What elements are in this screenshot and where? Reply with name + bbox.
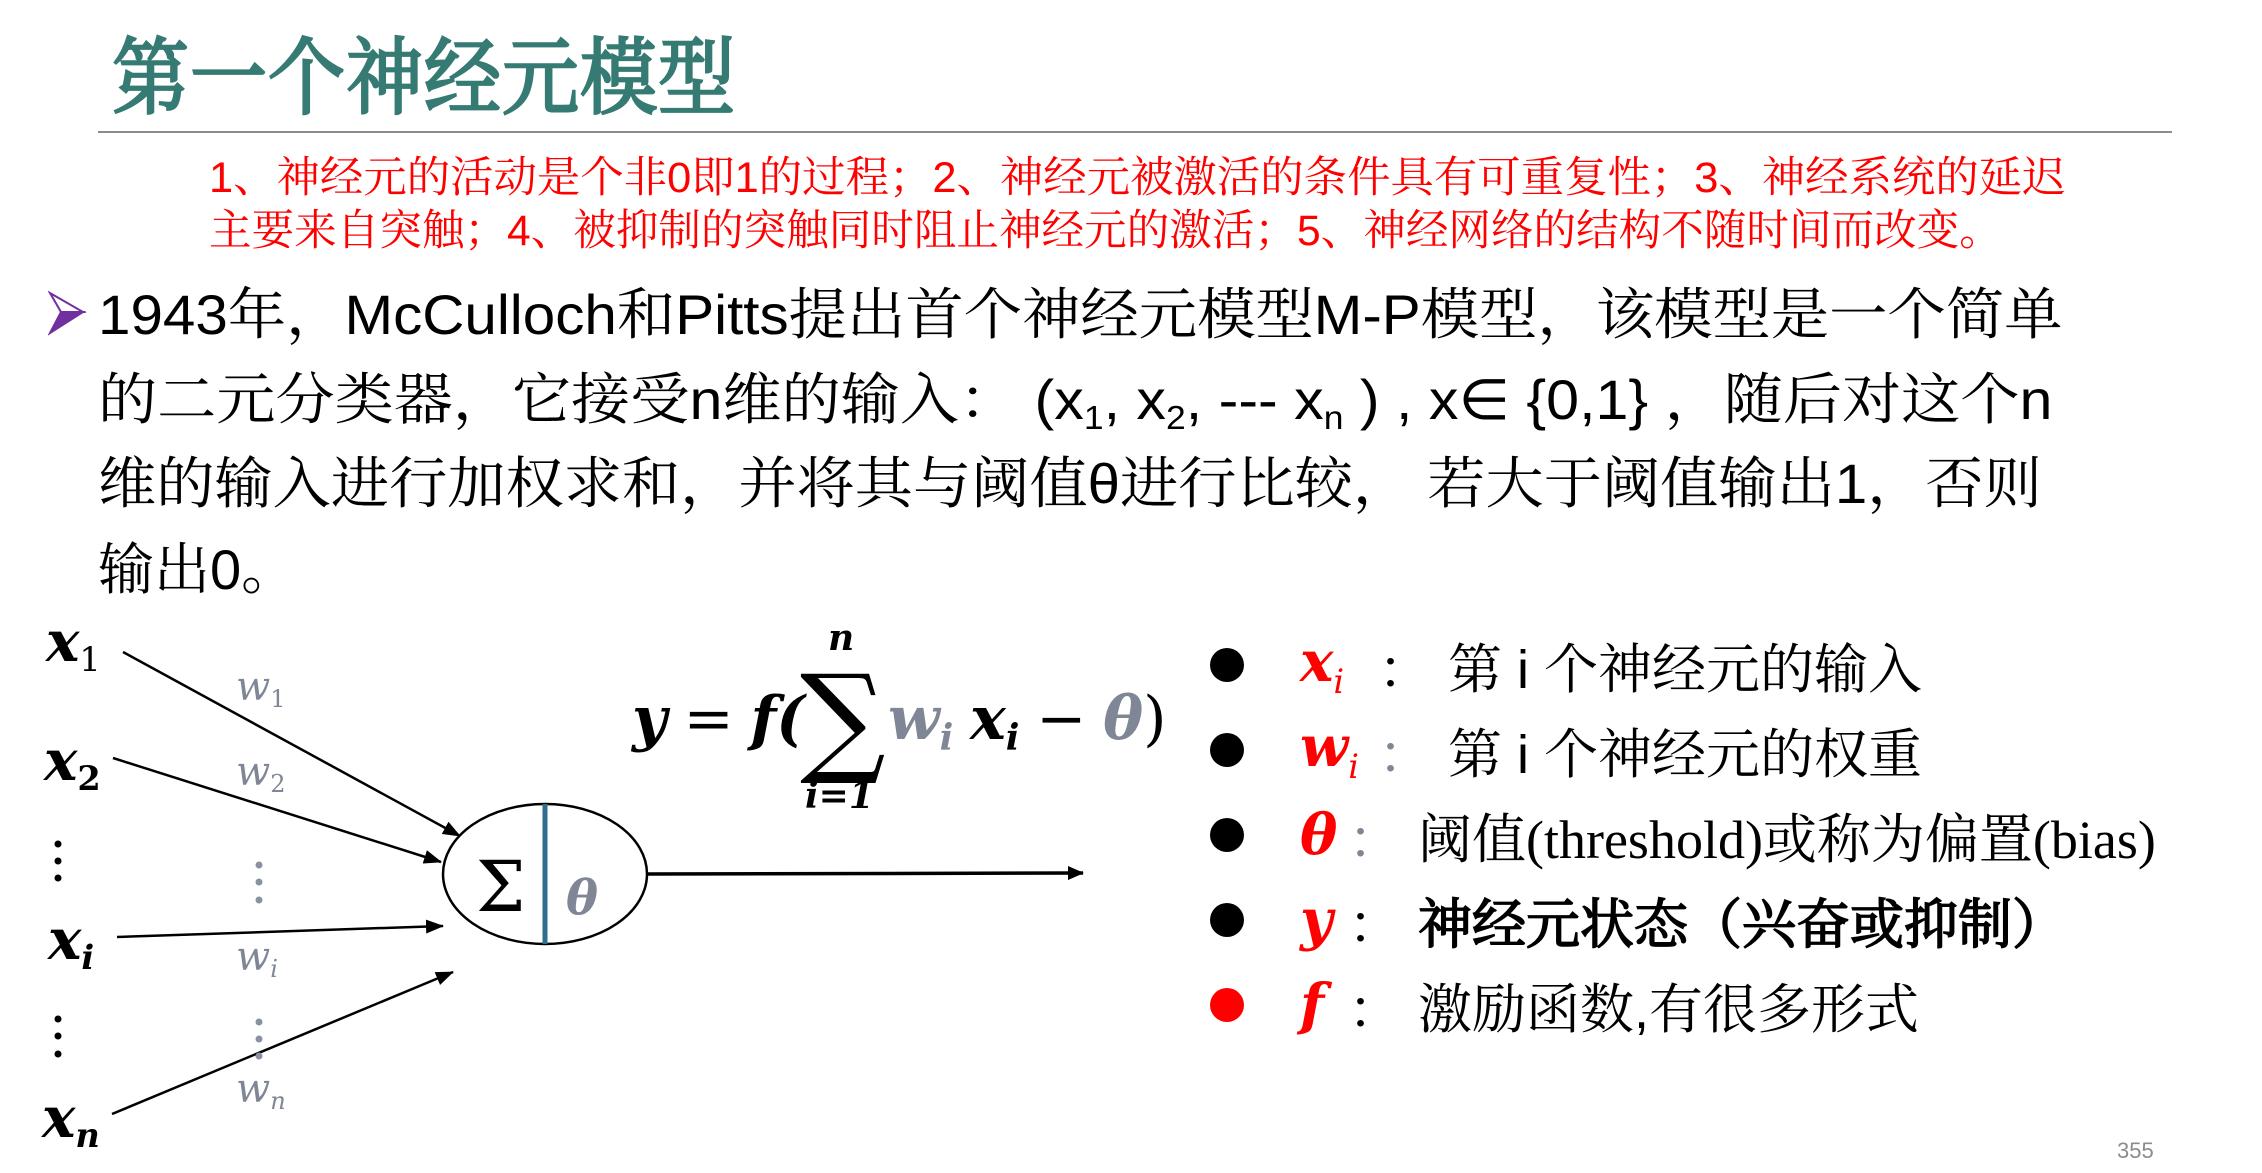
var: x (46, 609, 79, 675)
formula-y: y (632, 684, 667, 754)
var: x (48, 907, 81, 973)
formula-sigma: ∑ (800, 660, 886, 780)
page-number: 355 (2117, 1138, 2154, 1164)
formula-f: f( (751, 684, 805, 754)
legend-text: 第 i 个神经元的输入 (1448, 627, 1922, 704)
arrow-xi (117, 926, 443, 937)
legend-item-f: f ： 激励函数,有很多形式 (1300, 965, 1919, 1045)
activation-formula: y = f( (632, 684, 805, 754)
sub: i (270, 955, 278, 983)
weight-w2-label: w2 (236, 752, 286, 796)
var: w (236, 664, 270, 710)
threshold-symbol: θ (566, 874, 598, 922)
legend-colon: ： (1348, 797, 1402, 874)
sub: 1 (270, 685, 285, 713)
weight-wi-label: wi (236, 937, 278, 981)
formula-equals: = (684, 684, 734, 754)
sub: i (81, 937, 94, 977)
legend-text: 第 i 个神经元的权重 (1448, 712, 1922, 789)
bullet-dot-icon (1210, 733, 1244, 767)
legend-item-wi: wi ： 第 i 个神经元的权重 (1300, 710, 1922, 790)
sum-symbol: Σ (476, 852, 526, 922)
legend-text: 激励函数,有很多形式 (1418, 967, 1919, 1044)
legend-symbol: wi (1300, 714, 1370, 786)
legend-symbol: f (1300, 972, 1340, 1038)
legend-symbol: y (1300, 887, 1340, 953)
sub: n (75, 1115, 99, 1155)
formula-body: wi xi − θ) (888, 684, 1167, 759)
var: w (236, 934, 270, 980)
legend-colon: ： (1378, 627, 1432, 704)
formula-x-sub: i (1006, 717, 1020, 759)
legend-colon: ： (1378, 712, 1432, 789)
input-arrows (112, 652, 460, 1114)
var: w (236, 1066, 270, 1112)
var: w (236, 749, 270, 795)
formula-minus: − (1036, 684, 1086, 754)
formula-sigma-upper: n (828, 620, 854, 656)
sub: 2 (270, 770, 285, 798)
formula-w-sub: i (940, 717, 954, 759)
formula-x: x (970, 684, 1006, 754)
legend-item-xi: xi ： 第 i 个神经元的输入 (1300, 625, 1922, 705)
output-arrow (647, 873, 1083, 874)
arrow-x1 (123, 652, 460, 836)
formula-sigma-lower: i=1 (805, 778, 874, 814)
bullet-dot-icon (1210, 648, 1244, 682)
input-x1-label: x1 (46, 614, 101, 677)
legend-item-y: y ： 神经元状态（兴奋或抑制） (1300, 880, 2066, 960)
input-x2-label: x2 (44, 733, 101, 796)
legend-text: 神经元状态（兴奋或抑制） (1418, 882, 2066, 959)
input-xn-label: xn (42, 1090, 100, 1153)
legend-colon: ： (1348, 967, 1402, 1044)
var: x (44, 728, 77, 794)
bullet-dot-icon (1210, 903, 1244, 937)
legend-text: 阈值(threshold)或称为偏置(bias) (1418, 797, 2156, 874)
formula-theta: θ (1103, 684, 1143, 754)
sub: n (270, 1087, 285, 1115)
input-xi-label: xi (48, 912, 94, 975)
neuron-diagram-connections (0, 0, 2262, 1173)
legend-symbol: xi (1300, 629, 1370, 701)
legend-item-theta: θ ： 阈值(threshold)或称为偏置(bias) (1300, 795, 2156, 875)
var: x (42, 1085, 75, 1151)
formula-w: w (888, 684, 940, 754)
weight-wn-label: wn (236, 1069, 286, 1113)
legend-colon: ： (1348, 882, 1402, 959)
sub: 1 (79, 640, 100, 679)
weight-w1-label: w1 (236, 667, 286, 711)
formula-close-paren: ) (1143, 684, 1166, 754)
legend-symbol: θ (1300, 802, 1340, 868)
bullet-dot-icon (1210, 818, 1244, 852)
bullet-dot-icon (1210, 988, 1244, 1022)
sub: 2 (77, 758, 100, 798)
